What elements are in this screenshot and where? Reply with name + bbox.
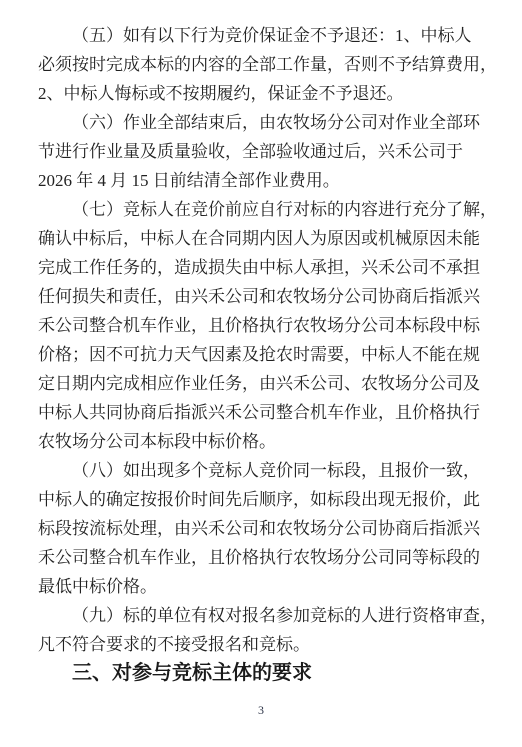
text-line: 任何损失和责任，由兴禾公司和农牧场分公司协商后指派兴 [38,282,518,311]
text-line: 禾公司整合机车作业，且价格执行农牧场分公司本标段中标 [38,311,518,340]
text-line: 完成工作任务的，造成损失由中标人承担，兴禾公司不承担 [38,253,518,282]
text-line: （六）作业全部结束后，由农牧场分公司对作业全部环 [38,108,518,137]
text-line: 农牧场分公司本标段中标价格。 [38,427,518,456]
text-line: 禾公司整合机车作业，且价格执行农牧场分公司同等标段的 [38,543,518,572]
text-line: 中标人共同协商后指派兴禾公司整合机车作业，且价格执行 [38,398,518,427]
text-line: 标段按流标处理，由兴禾公司和农牧场分公司协商后指派兴 [38,514,518,543]
paragraph: （五）如有以下行为竞价保证金不予退还：1、中标人必须按时完成本标的内容的全部工作… [38,21,518,108]
text-line: 2、中标人悔标或不按期履约，保证金不予退还。 [38,79,518,108]
text-line: 凡不符合要求的不接受报名和竞标。 [38,630,518,659]
paragraph: （八）如出现多个竞标人竞价同一标段，且报价一致，中标人的确定按报价时间先后顺序，… [38,456,518,601]
document-page: （五）如有以下行为竞价保证金不予退还：1、中标人必须按时完成本标的内容的全部工作… [0,0,522,747]
paragraph: （七）竞标人在竞价前应自行对标的内容进行充分了解，确认中标后，中标人在合同期内因… [38,195,518,456]
paragraph: （六）作业全部结束后，由农牧场分公司对作业全部环节进行作业量及质量验收，全部验收… [38,108,518,195]
text-line: （五）如有以下行为竞价保证金不予退还：1、中标人 [38,21,518,50]
text-line: （九）标的单位有权对报名参加竞标的人进行资格审查， [38,601,518,630]
heading-text-line: 三、对参与竞标主体的要求 [38,659,518,688]
section-heading: 三、对参与竞标主体的要求 [38,659,518,688]
text-line: 必须按时完成本标的内容的全部工作量，否则不予结算费用， [38,50,518,79]
document-body: （五）如有以下行为竞价保证金不予退还：1、中标人必须按时完成本标的内容的全部工作… [38,21,518,688]
text-line: （八）如出现多个竞标人竞价同一标段，且报价一致， [38,456,518,485]
text-line: 定日期内完成相应作业任务，由兴禾公司、农牧场分公司及 [38,369,518,398]
text-line: 确认中标后，中标人在合同期内因人为原因或机械原因未能 [38,224,518,253]
text-line: 节进行作业量及质量验收，全部验收通过后，兴禾公司于 [38,137,518,166]
text-line: 中标人的确定按报价时间先后顺序，如标段出现无报价，此 [38,485,518,514]
page-number: 3 [0,702,522,718]
text-line: 2026 年 4 月 15 日前结清全部作业费用。 [38,166,518,195]
text-line: 最低中标价格。 [38,572,518,601]
text-line: （七）竞标人在竞价前应自行对标的内容进行充分了解， [38,195,518,224]
text-line: 价格；因不可抗力天气因素及抢农时需要，中标人不能在规 [38,340,518,369]
paragraph: （九）标的单位有权对报名参加竞标的人进行资格审查，凡不符合要求的不接受报名和竞标… [38,601,518,659]
